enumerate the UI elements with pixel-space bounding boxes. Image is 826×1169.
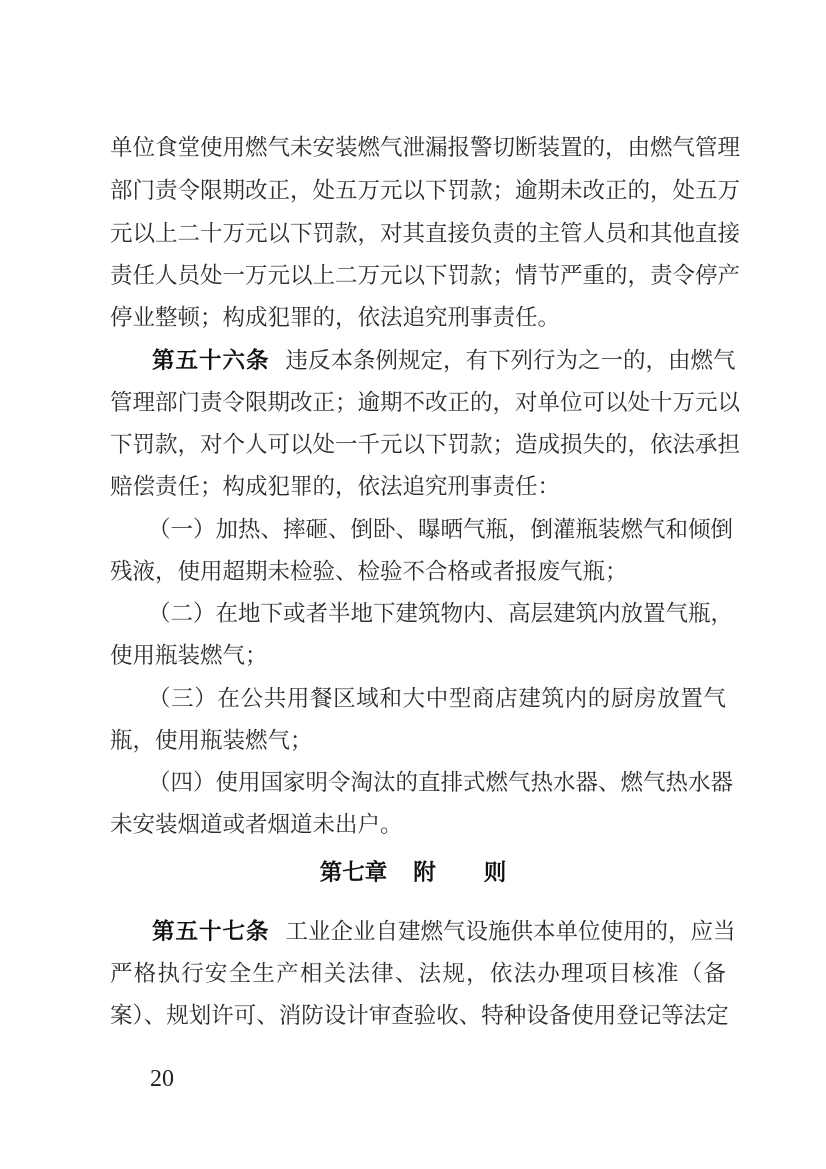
list-item-1-line: 残液，使用超期未检验、检验不合格或者报废气瓶； (110, 557, 726, 587)
article-56-label: 第五十六条 (152, 348, 270, 374)
paragraph-line: 管理部门责令限期改正；逾期不改正的，对单位可以处十万元以 (110, 388, 726, 418)
article-56-first-line: 第五十六条违反本条例规定，有下列行为之一的，由燃气 (152, 346, 726, 376)
article-57-first-line: 第五十七条工业企业自建燃气设施供本单位使用的，应当 (152, 917, 726, 947)
article-57-label: 第五十七条 (152, 919, 270, 945)
list-item-3-line: （三）在公共用餐区域和大中型商店建筑内的厨房放置气 (148, 684, 726, 714)
paragraph-line: 下罚款，对个人可以处一千元以下罚款；造成损失的，依法承担 (110, 430, 726, 460)
paragraph-line: 案）、规划许可、消防设计审查验收、特种设备使用登记等法定 (110, 1001, 726, 1031)
paragraph-line: 元以上二十万元以下罚款，对其直接负责的主管人员和其他直接 (110, 219, 726, 249)
list-item-2-line: （二）在地下或者半地下建筑物内、高层建筑内放置气瓶， (148, 599, 726, 629)
page-number: 20 (150, 1066, 174, 1093)
chapter-title-part: 附 (413, 858, 436, 888)
paragraph-line: 停业整顿；构成犯罪的，依法追究刑事责任。 (110, 303, 726, 333)
chapter-heading: 第七章附则 (0, 858, 826, 888)
paragraph-line: 部门责令限期改正，处五万元以下罚款；逾期未改正的，处五万 (110, 176, 726, 206)
list-item-1-line: （一）加热、摔砸、倒卧、曝晒气瓶，倒灌瓶装燃气和倾倒 (148, 515, 726, 545)
paragraph-line: 严格执行安全生产相关法律、法规，依法办理项目核准（备 (110, 959, 726, 989)
paragraph-line: 赔偿责任；构成犯罪的，依法追究刑事责任： (110, 472, 726, 502)
list-item-2-line: 使用瓶装燃气； (110, 641, 726, 671)
list-item-4-line: （四）使用国家明令淘汰的直排式燃气热水器、燃气热水器 (148, 768, 726, 798)
chapter-title-part: 则 (484, 858, 507, 888)
paragraph-line: 单位食堂使用燃气未安装燃气泄漏报警切断装置的，由燃气管理 (110, 133, 726, 163)
document-page: 单位食堂使用燃气未安装燃气泄漏报警切断装置的，由燃气管理 部门责令限期改正，处五… (0, 0, 826, 1169)
list-item-3-line: 瓶，使用瓶装燃气； (110, 726, 726, 756)
article-57-text: 工业企业自建燃气设施供本单位使用的，应当 (286, 919, 736, 945)
chapter-number: 第七章 (320, 858, 388, 888)
paragraph-line: 责任人员处一万元以上二万元以下罚款；情节严重的，责令停产 (110, 261, 726, 291)
article-56-text: 违反本条例规定，有下列行为之一的，由燃气 (286, 348, 736, 374)
list-item-4-line: 未安装烟道或者烟道未出户。 (110, 810, 726, 840)
